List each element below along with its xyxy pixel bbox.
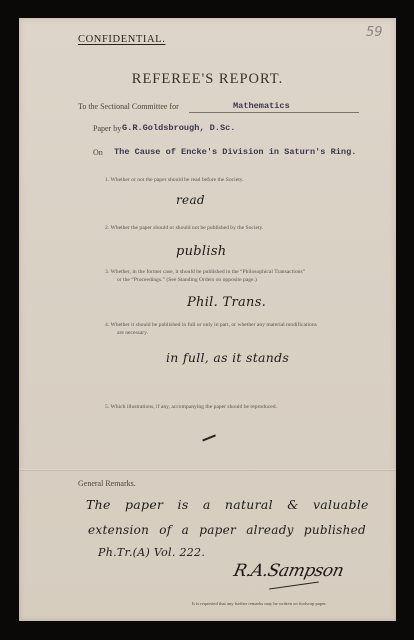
- page-title: REFEREE'S REPORT.: [19, 71, 396, 88]
- question-text: Whether it should be published in full o…: [111, 322, 317, 328]
- committee-value: Mathematics: [233, 101, 290, 111]
- committee-underline: [189, 112, 359, 113]
- question-text: Which illustrations, if any, accompanyin…: [111, 404, 277, 410]
- question-number: 5.: [105, 404, 109, 410]
- footnote: It is requested that any further remarks…: [192, 601, 327, 606]
- committee-label: To the Sectional Committee for: [78, 102, 179, 111]
- general-remarks-label: General Remarks.: [78, 479, 136, 488]
- folio-number: 59: [366, 25, 383, 40]
- question-text: Whether or not the paper should be read …: [111, 177, 244, 183]
- answer-2: publish: [176, 244, 226, 259]
- answer-1: read: [176, 193, 205, 207]
- question-number: 3.: [105, 269, 109, 275]
- remarks-line-3: Ph.Tr.(A) Vol. 222.: [98, 546, 205, 559]
- answer-3: Phil. Trans.: [187, 295, 266, 310]
- question-text-line2: are necessary.: [105, 329, 317, 337]
- question-5: 5. Which illustrations, if any, accompan…: [105, 403, 277, 411]
- referee-report-page: 59 CONFIDENTIAL. REFEREE'S REPORT. To th…: [19, 18, 396, 621]
- paper-by-value: G.R.Goldsbrough, D.Sc.: [122, 123, 235, 133]
- question-text: Whether the paper should or should not b…: [111, 225, 264, 231]
- question-number: 1.: [105, 177, 109, 183]
- paper-by-label: Paper by: [93, 124, 121, 133]
- question-number: 2.: [105, 225, 109, 231]
- question-3: 3. Whether, in the former case, it shoul…: [105, 268, 305, 284]
- question-text: Whether, in the former case, it should b…: [111, 269, 306, 275]
- question-text-line2: or the “Proceedings.” (See Standing Orde…: [105, 276, 305, 284]
- remarks-line-2: extension of a paper already published: [88, 523, 366, 537]
- paper-fold-line: [19, 469, 396, 471]
- question-number: 4.: [105, 322, 109, 328]
- paper-title-value: The Cause of Encke's Division in Saturn'…: [114, 147, 356, 157]
- classification-label: CONFIDENTIAL.: [78, 34, 165, 45]
- signature-flourish: [269, 582, 319, 590]
- referee-signature: R.A.Sampson: [232, 561, 345, 581]
- question-4: 4. Whether it should be published in ful…: [105, 321, 317, 337]
- answer-4: in full, as it stands: [166, 350, 289, 365]
- remarks-line-1: The paper is a natural & valuable: [86, 497, 369, 512]
- on-label: On: [93, 148, 103, 157]
- answer-5-tick-mark: [202, 434, 216, 441]
- question-2: 2. Whether the paper should or should no…: [105, 224, 263, 232]
- question-1: 1. Whether or not the paper should be re…: [105, 176, 244, 184]
